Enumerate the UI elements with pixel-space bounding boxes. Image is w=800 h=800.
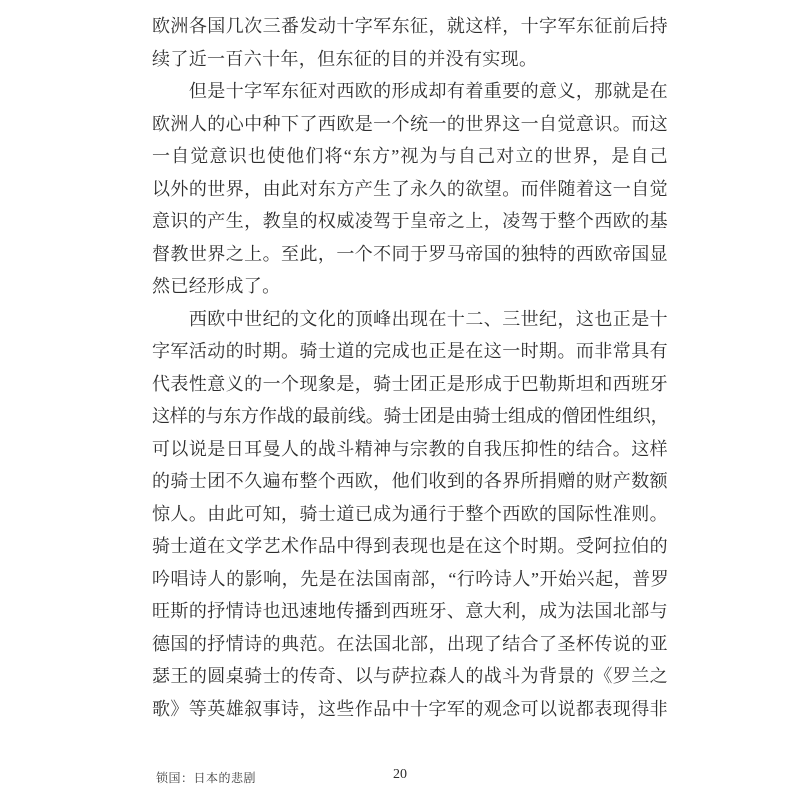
text-line: 续了近一百六十年，但东征的目的并没有实现。 bbox=[152, 43, 668, 76]
text-line: 可以说是日耳曼人的战斗精神与宗教的自我压抑性的结合。这样 bbox=[152, 433, 668, 466]
text-line: 德国的抒情诗的典范。在法国北部，出现了结合了圣杯传说的亚 bbox=[152, 628, 668, 661]
text-line: 督教世界之上。至此，一个不同于罗马帝国的独特的西欧帝国显 bbox=[152, 238, 668, 271]
footer-page-number: 20 bbox=[0, 767, 800, 783]
text-line: 一自觉意识也使他们将“东方”视为与自己对立的世界，是自己 bbox=[152, 140, 668, 173]
text-line: 欧洲人的心中种下了西欧是一个统一的世界这一自觉意识。而这 bbox=[152, 108, 668, 141]
text-line: 吟唱诗人的影响，先是在法国南部，“行吟诗人”开始兴起，普罗 bbox=[152, 563, 668, 596]
text-line: 以外的世界，由此对东方产生了永久的欲望。而伴随着这一自觉 bbox=[152, 173, 668, 206]
text-line: 的骑士团不久遍布整个西欧，他们收到的各界所捐赠的财产数额 bbox=[152, 465, 668, 498]
text-line: 代表性意义的一个现象是，骑士团正是形成于巴勒斯坦和西班牙 bbox=[152, 368, 668, 401]
book-page: 欧洲各国几次三番发动十字军东征，就这样，十字军东征前后持 续了近一百六十年，但东… bbox=[0, 0, 800, 800]
text-line: 然已经形成了。 bbox=[152, 270, 668, 303]
text-line: 骑士道在文学艺术作品中得到表现也是在这个时期。受阿拉伯的 bbox=[152, 530, 668, 563]
text-line: 歌》等英雄叙事诗，这些作品中十字军的观念可以说都表现得非 bbox=[152, 693, 668, 726]
text-line: 旺斯的抒情诗也迅速地传播到西班牙、意大利，成为法国北部与 bbox=[152, 595, 668, 628]
text-line: 意识的产生，教皇的权威凌驾于皇帝之上，凌驾于整个西欧的基 bbox=[152, 205, 668, 238]
text-line: 字军活动的时期。骑士道的完成也正是在这一时期。而非常具有 bbox=[152, 335, 668, 368]
text-line: 这样的与东方作战的最前线。骑士团是由骑士组成的僧团性组织， bbox=[152, 400, 668, 433]
text-line-paragraph-start: 但是十字军东征对西欧的形成却有着重要的意义，那就是在 bbox=[152, 75, 668, 108]
page-text-block: 欧洲各国几次三番发动十字军东征，就这样，十字军东征前后持 续了近一百六十年，但东… bbox=[152, 10, 668, 725]
text-line: 瑟王的圆桌骑士的传奇、以与萨拉森人的战斗为背景的《罗兰之 bbox=[152, 660, 668, 693]
text-line-paragraph-start: 西欧中世纪的文化的顶峰出现在十二、三世纪，这也正是十 bbox=[152, 303, 668, 336]
text-line: 惊人。由此可知，骑士道已成为通行于整个西欧的国际性准则。 bbox=[152, 498, 668, 531]
text-line: 欧洲各国几次三番发动十字军东征，就这样，十字军东征前后持 bbox=[152, 10, 668, 43]
